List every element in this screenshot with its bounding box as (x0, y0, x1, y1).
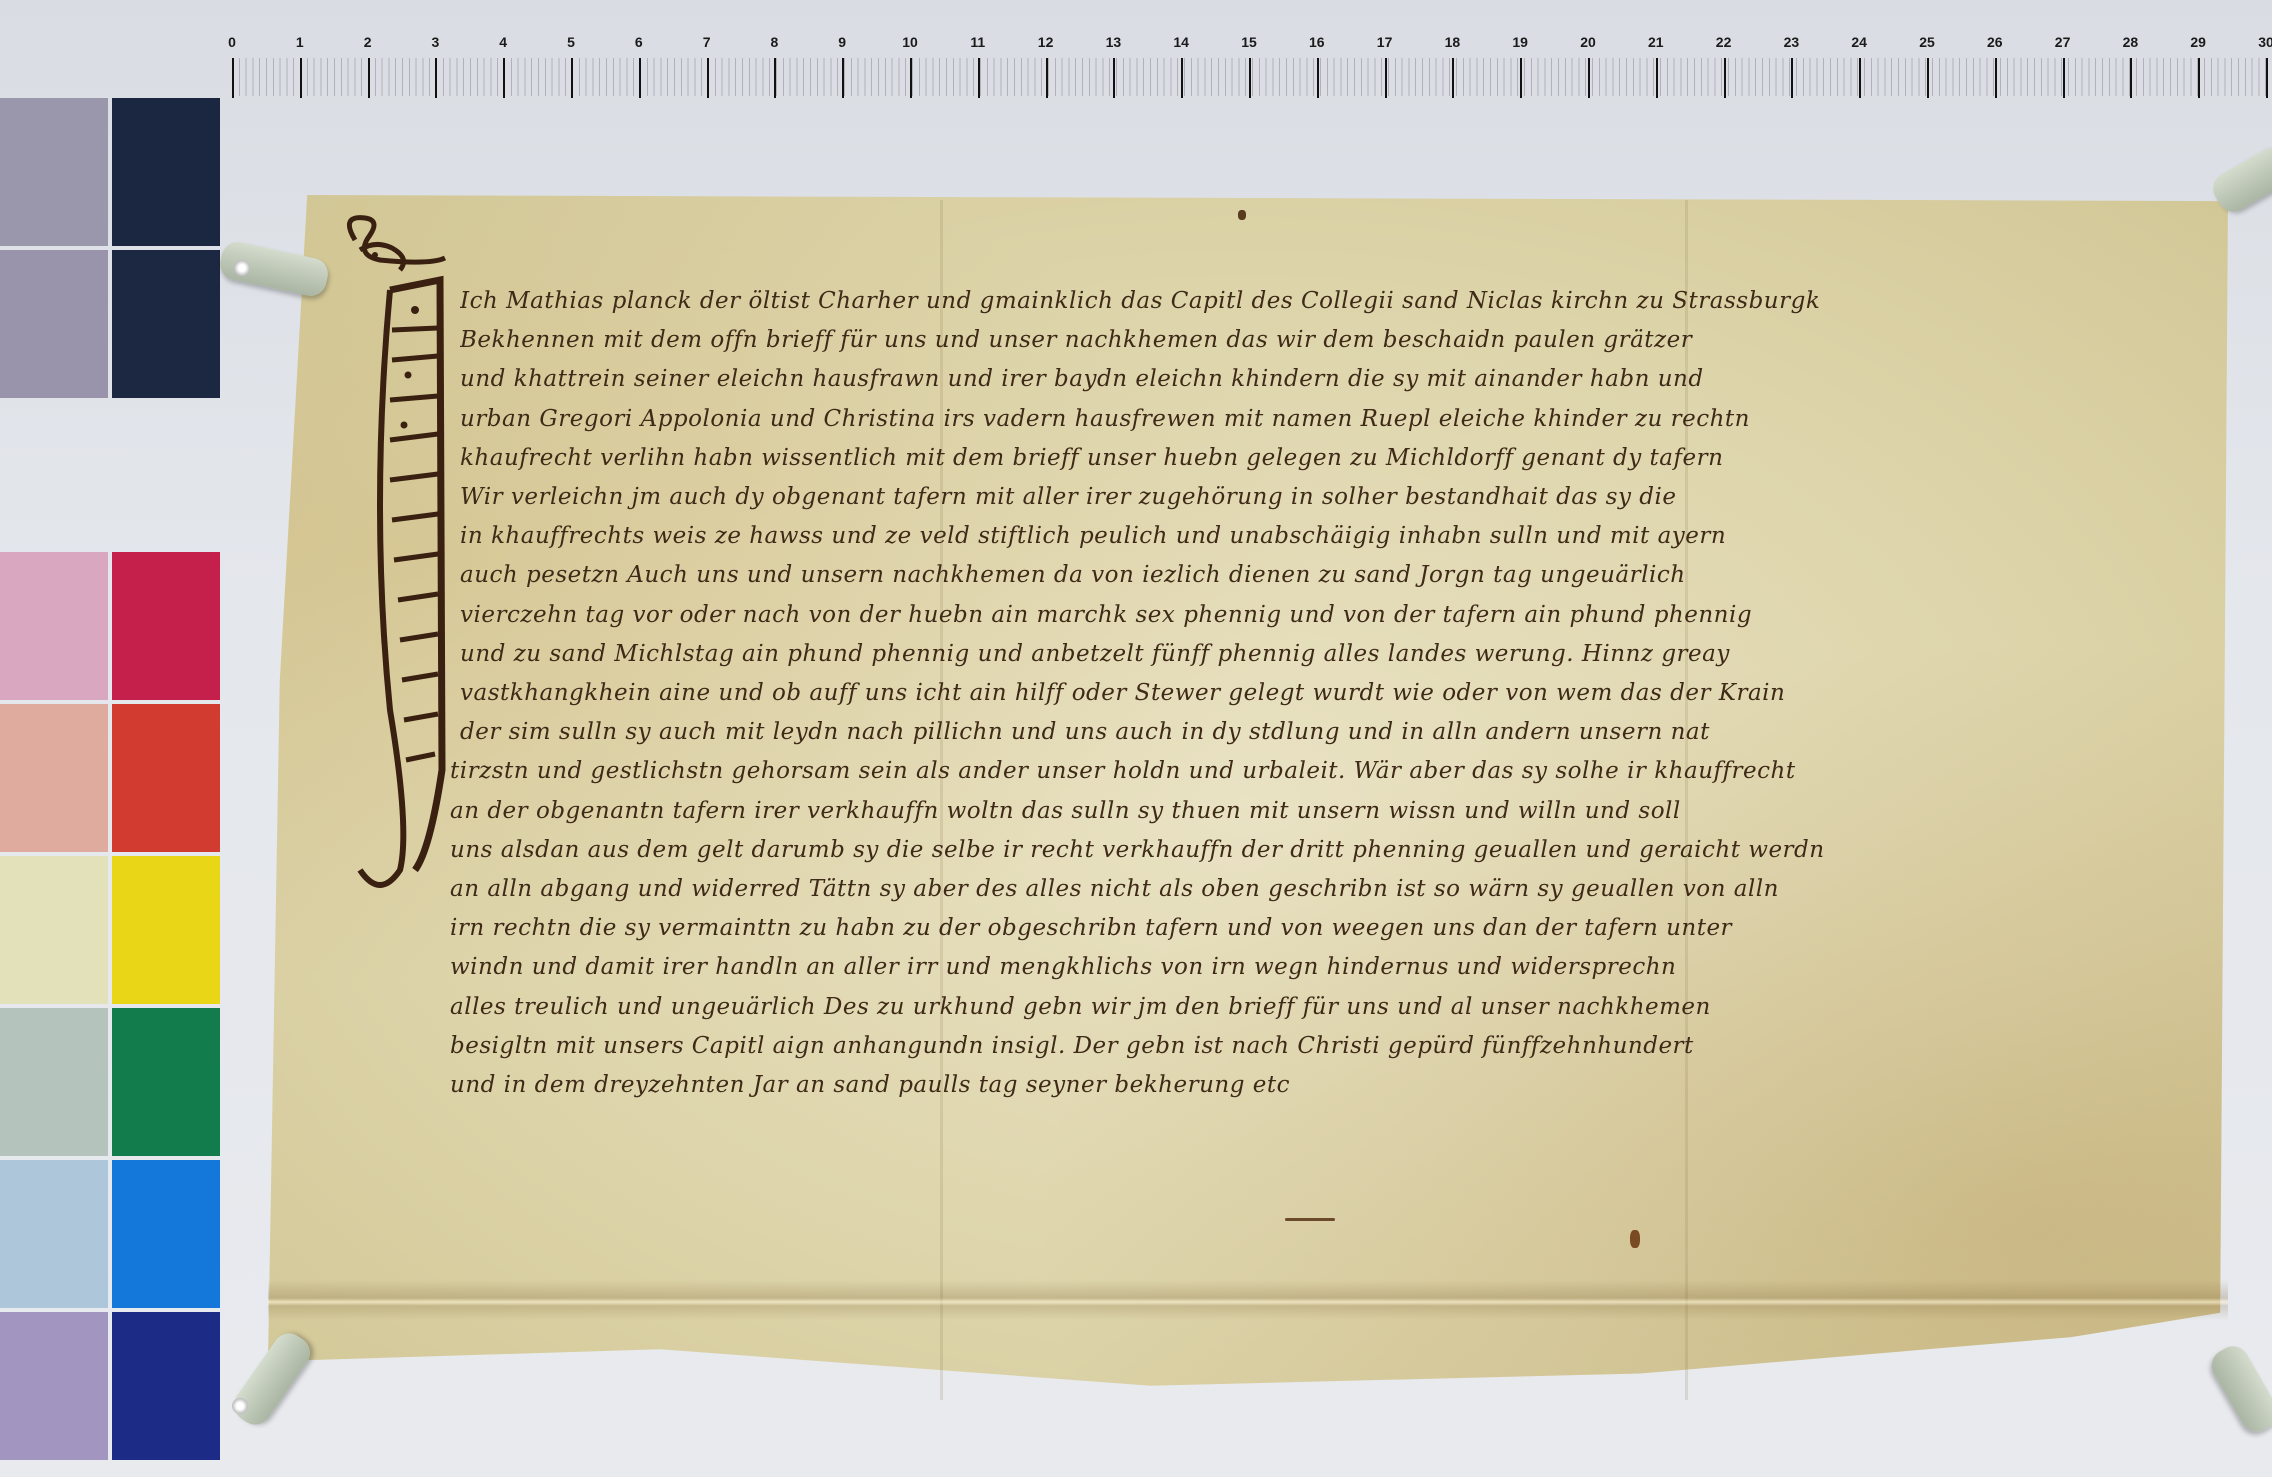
color-calibration-chart (0, 98, 224, 1458)
ruler-label: 8 (770, 34, 778, 50)
color-swatch-crimson (112, 552, 220, 700)
ruler-label: 4 (499, 34, 507, 50)
ruler-label: 30 (2258, 34, 2272, 50)
ruler-label: 2 (364, 34, 372, 50)
text-line: Ich Mathias planck der öltist Charher un… (460, 282, 2220, 321)
text-line: auch pesetzn Auch uns und unsern nachkhe… (460, 556, 2220, 595)
ruler-major-tick (2266, 58, 2268, 98)
fold-line-horizontal (268, 1280, 2228, 1320)
ruler-major-tick (978, 58, 980, 98)
text-line: tirzstn und gestlichstn gehorsam sein al… (450, 752, 2220, 791)
ruler-major-tick (1588, 58, 1590, 98)
ruler-major-tick (774, 58, 776, 98)
tear-mark (1285, 1218, 1335, 1221)
ink-blemish (1238, 210, 1246, 220)
ruler-label: 19 (1512, 34, 1528, 50)
ruler-label: 9 (838, 34, 846, 50)
ruler-label: 29 (2190, 34, 2206, 50)
text-line: in khauffrechts weis ze hawss und ze vel… (460, 517, 2220, 556)
color-swatch-ultramarine (112, 1312, 220, 1460)
text-line: besigltn mit unsers Capitl aign anhangun… (450, 1027, 2220, 1066)
ruler-major-tick (571, 58, 573, 98)
ruler-label: 26 (1987, 34, 2003, 50)
color-swatch-navy-dark-2 (112, 250, 220, 398)
ruler-label: 18 (1445, 34, 1461, 50)
ruler-major-tick (368, 58, 370, 98)
text-line: Wir verleichn jm auch dy obgenant tafern… (460, 478, 2220, 517)
text-line: der sim sulln sy auch mit leydn nach pil… (460, 713, 2220, 752)
ruler-major-tick (503, 58, 505, 98)
text-line: khaufrecht verlihn habn wissentlich mit … (460, 439, 2220, 478)
ruler-major-tick (1249, 58, 1251, 98)
ruler-major-tick (910, 58, 912, 98)
ruler-major-tick (1859, 58, 1861, 98)
measurement-ruler: 0123456789101112131415161718192021222324… (232, 30, 2272, 102)
ruler-major-tick (1452, 58, 1454, 98)
color-swatch-pink-light (0, 552, 108, 700)
ruler-major-tick (707, 58, 709, 98)
text-line: uns alsdan aus dem gelt darumb sy die se… (450, 831, 2220, 870)
color-swatch-yellow (112, 856, 220, 1004)
ruler-major-tick (1520, 58, 1522, 98)
stain-spot (1630, 1230, 1640, 1248)
ruler-major-tick (842, 58, 844, 98)
text-line: und zu sand Michlstag ain phund phennig … (460, 635, 2220, 674)
ruler-label: 5 (567, 34, 575, 50)
color-swatch-neutral-light-1 (0, 98, 108, 246)
text-line: irn rechtn die sy vermainttn zu habn zu … (450, 909, 2220, 948)
text-line: alles treulich und ungeuärlich Des zu ur… (450, 988, 2220, 1027)
ruler-label: 14 (1173, 34, 1189, 50)
ruler-major-tick (1385, 58, 1387, 98)
ruler-major-tick (1724, 58, 1726, 98)
text-line: und in dem dreyzehnten Jar an sand paull… (450, 1066, 2220, 1105)
ruler-label: 27 (2055, 34, 2071, 50)
ruler-major-tick (639, 58, 641, 98)
color-swatch-red (112, 704, 220, 852)
ruler-major-tick (1181, 58, 1183, 98)
ruler-major-tick (2063, 58, 2065, 98)
ruler-minor-ticks (232, 58, 2272, 96)
ruler-major-tick (232, 58, 234, 98)
color-swatch-green (112, 1008, 220, 1156)
ruler-major-tick (435, 58, 437, 98)
ruler-label: 3 (431, 34, 439, 50)
ruler-label: 28 (2123, 34, 2139, 50)
color-swatch-blue (112, 1160, 220, 1308)
charter-text: Ich Mathias planck der öltist Charher un… (460, 282, 2220, 1105)
color-swatch-lavender-light (0, 1312, 108, 1460)
decorated-initial-letter (320, 210, 450, 910)
color-swatch-sage-light (0, 1008, 108, 1156)
ruler-label: 22 (1716, 34, 1732, 50)
text-line: Bekhennen mit dem offn brieff für uns un… (460, 321, 2220, 360)
ruler-major-tick (1656, 58, 1658, 98)
color-swatch-salmon-light (0, 704, 108, 852)
text-line: an alln abgang und widerred Tättn sy abe… (450, 870, 2220, 909)
ruler-label: 10 (902, 34, 918, 50)
ruler-major-tick (1995, 58, 1997, 98)
ruler-major-tick (300, 58, 302, 98)
ruler-label: 20 (1580, 34, 1596, 50)
ruler-major-tick (1791, 58, 1793, 98)
text-line: vastkhangkhein aine und ob auff uns icht… (460, 674, 2220, 713)
ruler-major-tick (1113, 58, 1115, 98)
ruler-label: 11 (970, 34, 985, 50)
color-swatch-cream (0, 856, 108, 1004)
ruler-major-tick (1046, 58, 1048, 98)
ruler-label: 15 (1241, 34, 1257, 50)
ruler-label: 12 (1038, 34, 1054, 50)
ruler-label: 1 (296, 34, 304, 50)
text-line: an der obgenantn tafern irer verkhauffn … (450, 792, 2220, 831)
ruler-label: 24 (1851, 34, 1867, 50)
text-line: vierczehn tag vor oder nach von der hueb… (460, 596, 2220, 635)
text-line: urban Gregori Appolonia und Christina ir… (460, 400, 2220, 439)
ruler-label: 16 (1309, 34, 1325, 50)
color-swatch-sky-light (0, 1160, 108, 1308)
ruler-label: 21 (1648, 34, 1664, 50)
ruler-label: 17 (1377, 34, 1393, 50)
color-swatch-navy-dark-1 (112, 98, 220, 246)
ruler-major-tick (1317, 58, 1319, 98)
text-line: windn und damit irer handln an aller irr… (450, 948, 2220, 987)
ruler-label: 13 (1106, 34, 1122, 50)
ruler-major-tick (2130, 58, 2132, 98)
ruler-major-tick (1927, 58, 1929, 98)
ruler-label: 6 (635, 34, 643, 50)
ruler-label: 23 (1784, 34, 1800, 50)
text-line: und khattrein seiner eleichn hausfrawn u… (460, 360, 2220, 399)
ruler-label: 0 (228, 34, 236, 50)
ruler-label: 25 (1919, 34, 1935, 50)
ruler-label: 7 (703, 34, 711, 50)
color-swatch-neutral-light-2 (0, 250, 108, 398)
ruler-major-tick (2198, 58, 2200, 98)
